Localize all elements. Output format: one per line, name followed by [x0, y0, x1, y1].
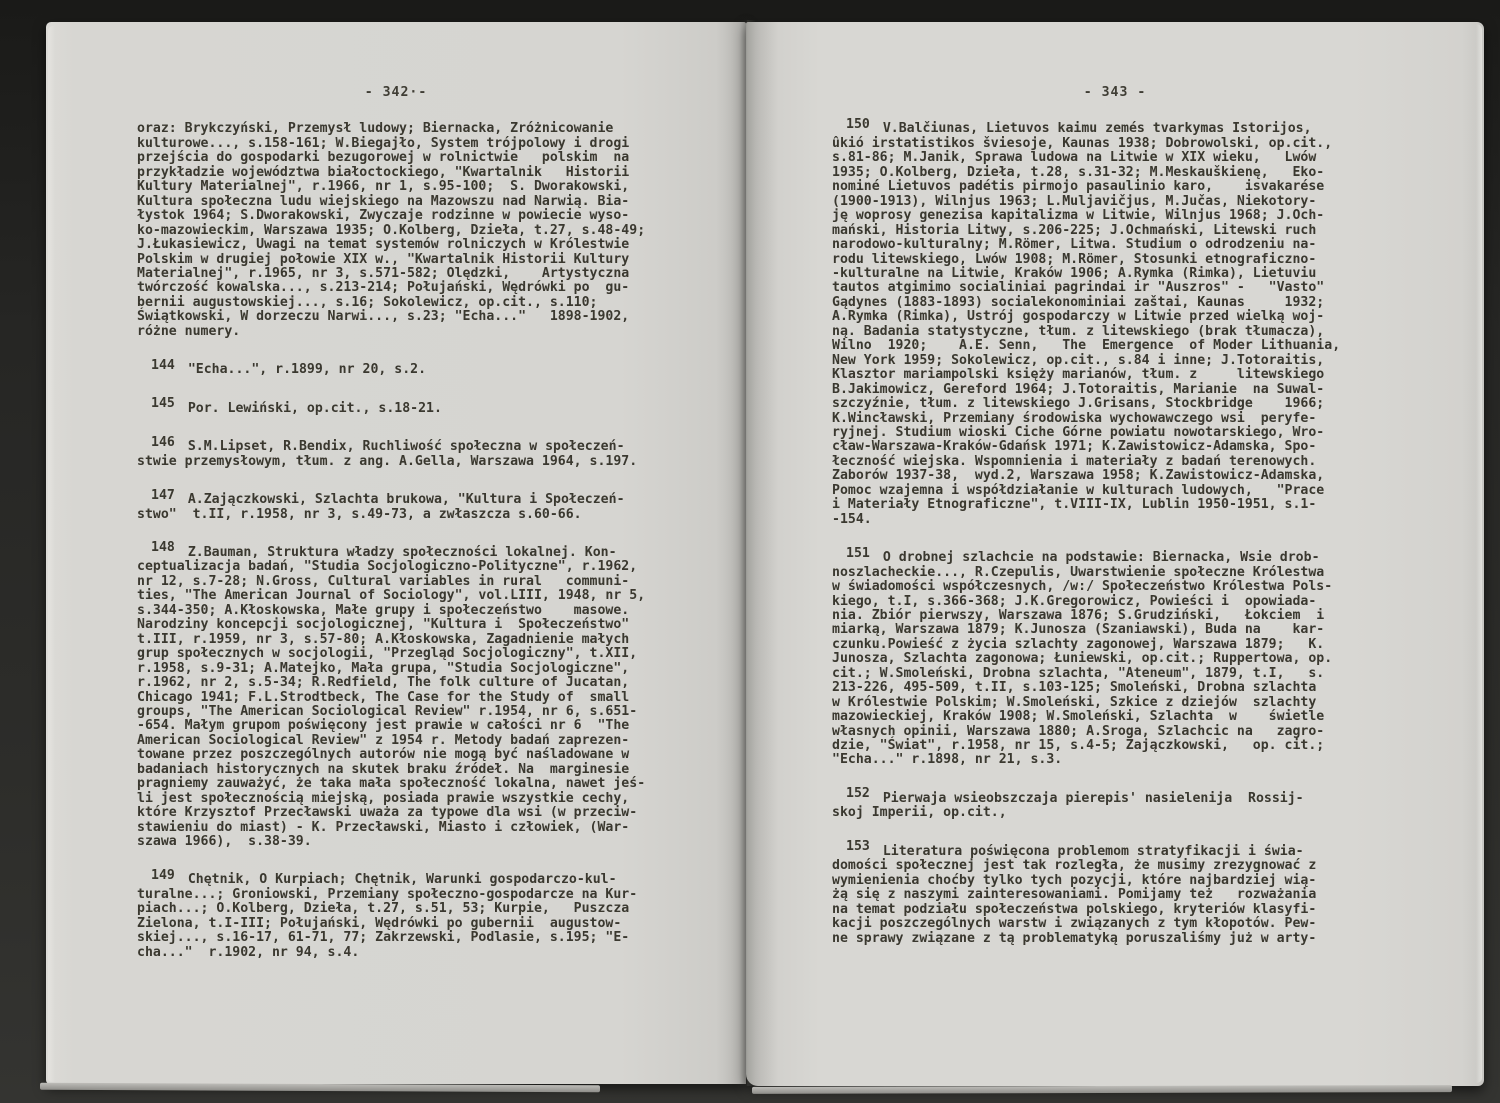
footnote-text: V.Balčiunas, Lietuvos kaimu zemés tvarky…: [832, 121, 1340, 526]
footnote-152: 152Pierwaja wsieobszczaja pierepis' nasi…: [832, 792, 1416, 821]
footnote-text: S.M.Lipset, R.Bendix, Ruchliwość społecz…: [137, 439, 637, 468]
footnote-text: A.Zajączkowski, Szlachta brukowa, "Kultu…: [137, 492, 625, 521]
footnote-text: "Echa...", r.1899, nr 20, s.2.: [188, 362, 426, 377]
footnote-number: 144: [151, 358, 175, 373]
page-stack-edge: [40, 1083, 600, 1092]
footnote-148: 148Z.Bauman, Struktura władzy społecznoś…: [137, 546, 702, 850]
footnote-text: O drobnej szlachcie na podstawie: Bierna…: [832, 550, 1332, 767]
left-page-number: - 342·-: [46, 22, 746, 100]
footnote-number: 146: [151, 435, 175, 450]
footnote-number: 148: [151, 540, 175, 555]
footnote-150: 150V.Balčiunas, Lietuvos kaimu zemés tva…: [832, 122, 1416, 527]
right-page: - 343 - 150V.Balčiunas, Lietuvos kaimu z…: [746, 22, 1484, 1086]
left-page: - 342·- oraz: Brykczyński, Przemysł ludo…: [46, 22, 746, 1084]
footnote-number: 149: [151, 868, 175, 883]
footnote-149: 149Chętnik, O Kurpiach; Chętnik, Warunki…: [137, 873, 702, 960]
footnote-text: Pierwaja wsieobszczaja pierepis' nasiele…: [832, 791, 1304, 820]
book-spread: - 342·- oraz: Brykczyński, Przemysł ludo…: [0, 0, 1500, 1103]
footnote-151: 151O drobnej szlachcie na podstawie: Bie…: [832, 551, 1416, 768]
footnote-146: 146S.M.Lipset, R.Bendix, Ruchliwość społ…: [137, 440, 702, 469]
footnote-number: 150: [846, 117, 870, 132]
footnote-153: 153Literatura poświęcona problemom strat…: [832, 845, 1416, 946]
footnote-145: 145Por. Lewiński, op.cit., s.18-21.: [137, 402, 702, 416]
footnote-text: Literatura poświęcona problemom stratyfi…: [832, 844, 1316, 946]
footnote-number: 147: [151, 488, 175, 503]
footnote-number: 145: [151, 396, 175, 411]
footnote-147: 147A.Zajączkowski, Szlachta brukowa, "Ku…: [137, 493, 702, 522]
footnote-144: 144"Echa...", r.1899, nr 20, s.2.: [137, 363, 702, 377]
right-page-content: 150V.Balčiunas, Lietuvos kaimu zemés tva…: [746, 122, 1484, 946]
footnote-text: Por. Lewiński, op.cit., s.18-21.: [188, 401, 442, 416]
page-stack-edge: [752, 1085, 1452, 1094]
footnote-text: Chętnik, O Kurpiach; Chętnik, Warunki go…: [137, 872, 637, 959]
footnote-number: 153: [846, 839, 870, 854]
right-page-number: - 343 -: [746, 22, 1484, 100]
left-page-content: oraz: Brykczyński, Przemysł ludowy; Bier…: [46, 122, 746, 960]
footnote-text: Z.Bauman, Struktura władzy społeczności …: [137, 545, 645, 849]
footnote-continuation: oraz: Brykczyński, Przemysł ludowy; Bier…: [137, 122, 702, 339]
footnote-number: 151: [846, 546, 870, 561]
footnote-number: 152: [846, 786, 870, 801]
footnote-text: oraz: Brykczyński, Przemysł ludowy; Bier…: [137, 121, 645, 338]
